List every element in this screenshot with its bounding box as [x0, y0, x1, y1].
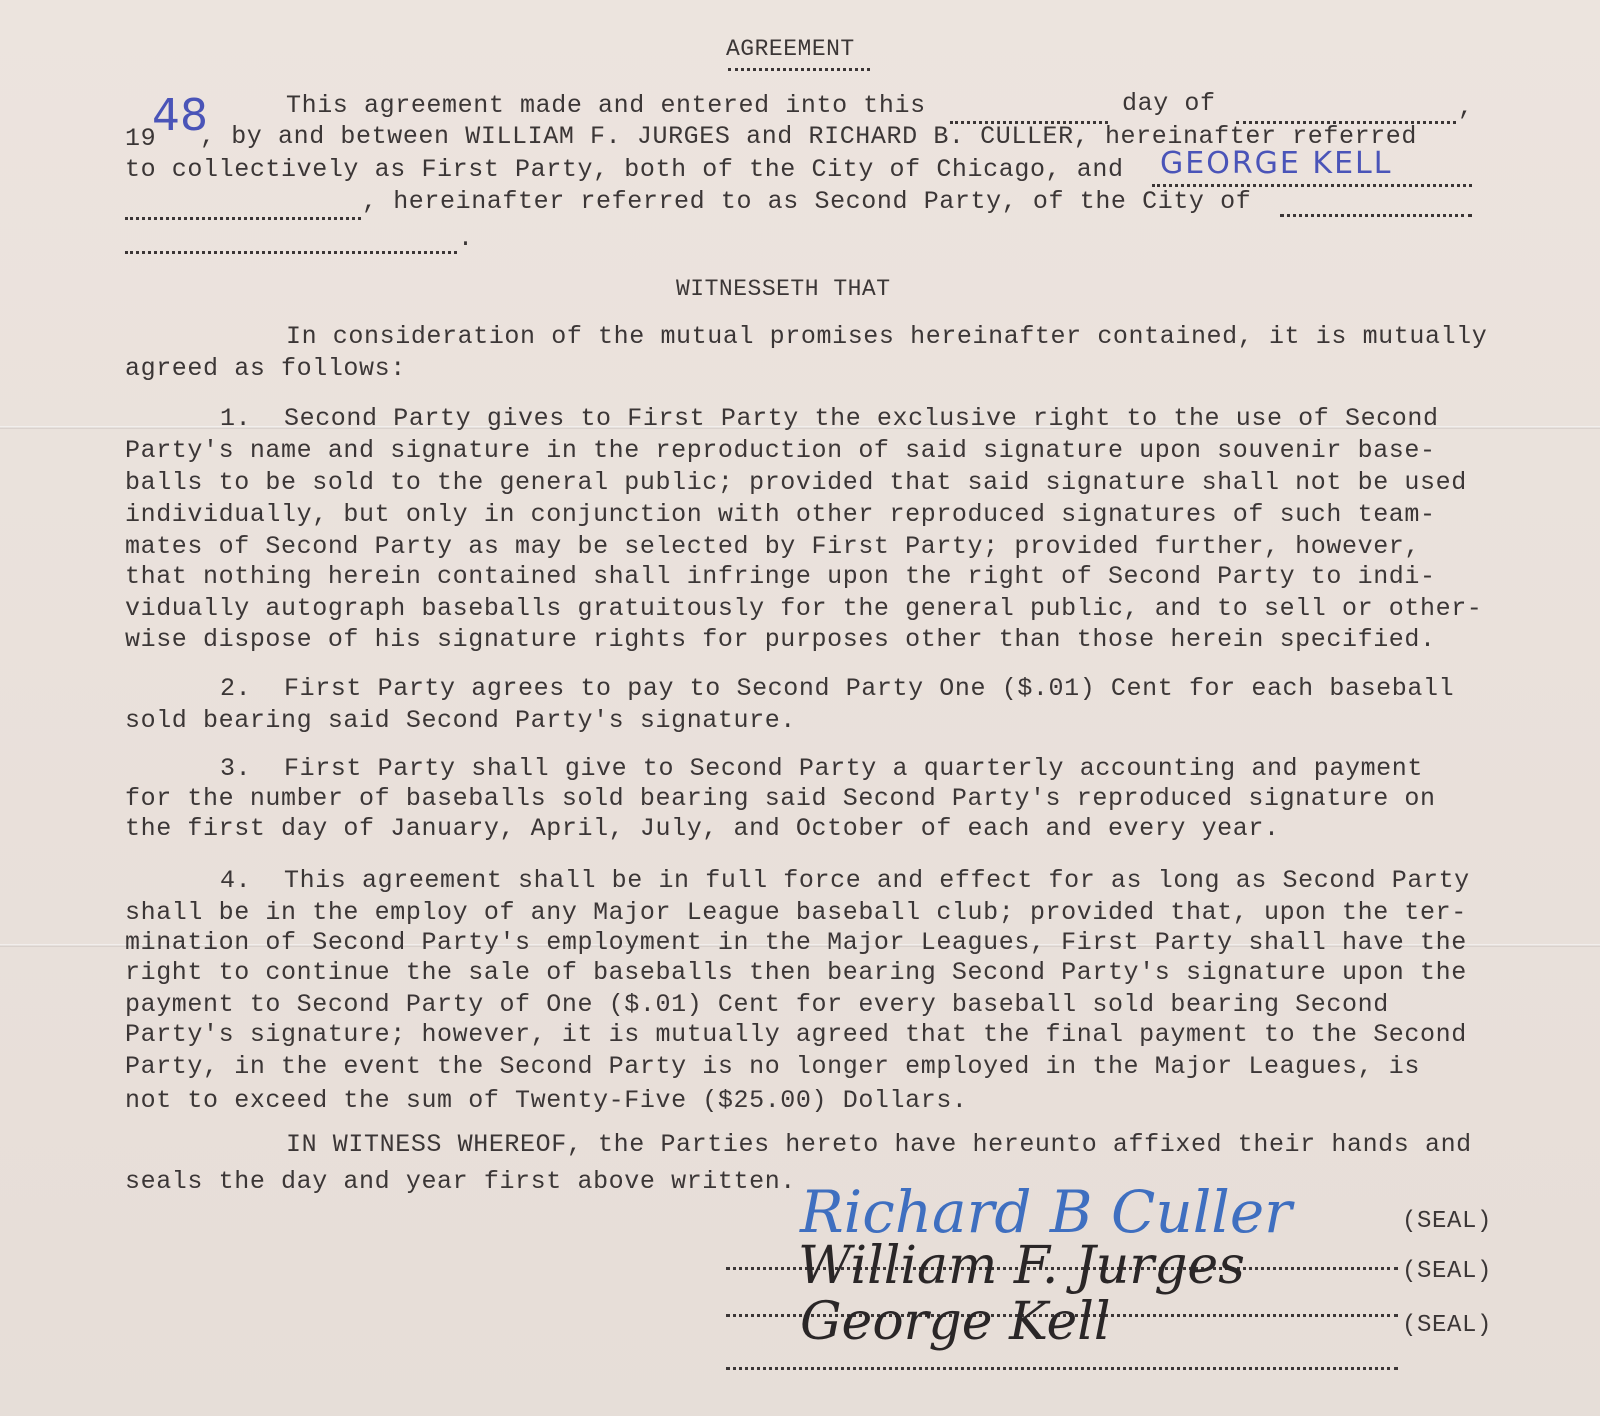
preamble-line: agreed as follows:	[125, 354, 406, 383]
clause-line: sold bearing said Second Party's signatu…	[125, 706, 796, 735]
clause-line: mates of Second Party as may be selected…	[125, 532, 1420, 561]
handwritten-second-party: GEORGE KELL	[1160, 146, 1392, 181]
second-party-line-blank	[125, 217, 361, 220]
clause-number: 2.	[220, 674, 251, 703]
clause-number: 1.	[220, 404, 251, 433]
clause-number: 4.	[220, 866, 251, 895]
document-title: AGREEMENT	[726, 36, 855, 62]
preamble-line: In consideration of the mutual promises …	[286, 322, 1487, 351]
period: .	[458, 224, 474, 253]
clause-line: shall be in the employ of any Major Leag…	[125, 898, 1467, 927]
agreement-document: AGREEMENT This agreement made and entere…	[0, 0, 1600, 1416]
city-blank	[1280, 214, 1472, 217]
intro-day-of: day of	[1122, 89, 1216, 118]
seal-label: (SEAL)	[1402, 1258, 1492, 1285]
clause-line: for the number of baseballs sold bearing…	[125, 784, 1436, 813]
section-heading: WITNESSETH THAT	[676, 276, 891, 302]
witness-line: seals the day and year first above writt…	[125, 1167, 796, 1196]
seal-label: (SEAL)	[1402, 1208, 1492, 1235]
clause-line: payment to Second Party of One ($.01) Ce…	[125, 990, 1389, 1019]
clause-line: balls to be sold to the general public; …	[125, 468, 1467, 497]
clause-line: First Party shall give to Second Party a…	[284, 754, 1423, 783]
seal-label: (SEAL)	[1402, 1312, 1492, 1339]
clause-line: vidually autograph baseballs gratuitousl…	[125, 594, 1482, 623]
comma: ,	[1458, 93, 1474, 122]
witness-line: IN WITNESS WHEREOF, the Parties hereto h…	[286, 1130, 1472, 1159]
clause-line: First Party agrees to pay to Second Part…	[284, 674, 1454, 703]
intro-line-1: This agreement made and entered into thi…	[286, 91, 926, 120]
clause-line: Party, in the event the Second Party is …	[125, 1052, 1420, 1081]
clause-line: individually, but only in conjunction wi…	[125, 500, 1436, 529]
clause-line: Party's name and signature in the reprod…	[125, 436, 1436, 465]
intro-line-3: to collectively as First Party, both of …	[125, 155, 1124, 184]
intro-line-4: , hereinafter referred to as Second Part…	[362, 187, 1251, 216]
signature-george-kell: George Kell	[800, 1292, 1111, 1352]
clause-line: not to exceed the sum of Twenty-Five ($2…	[125, 1086, 968, 1115]
signature-line	[726, 1367, 1398, 1370]
clause-line: Second Party gives to First Party the ex…	[284, 404, 1439, 433]
clause-line: wise dispose of his signature rights for…	[125, 625, 1436, 654]
clause-line: mination of Second Party's employment in…	[125, 928, 1467, 957]
clause-number: 3.	[220, 754, 251, 783]
title-underline	[728, 68, 870, 71]
signature-william-jurges: William F. Jurges	[798, 1236, 1245, 1296]
clause-line: that nothing herein contained shall infr…	[125, 562, 1436, 591]
clause-line: This agreement shall be in full force an…	[284, 866, 1470, 895]
clause-line: right to continue the sale of baseballs …	[125, 958, 1467, 987]
clause-line: Party's signature; however, it is mutual…	[125, 1020, 1467, 1049]
clause-line: the first day of January, April, July, a…	[125, 814, 1280, 843]
city-blank-2	[125, 251, 457, 254]
